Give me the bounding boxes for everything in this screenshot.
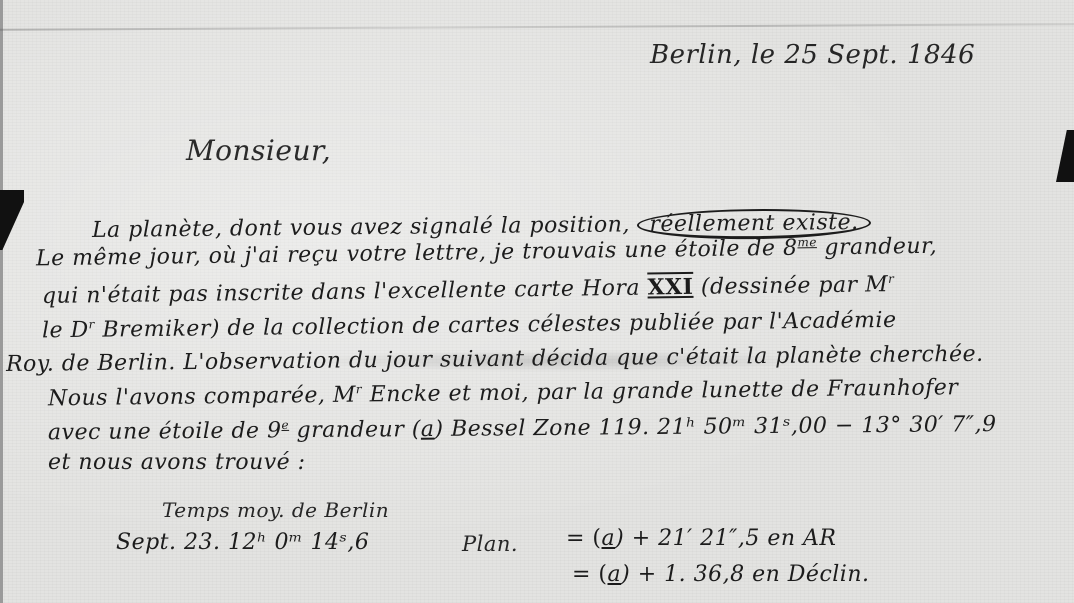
body-line-6-end: Encke et moi, par la grande lunette de F… bbox=[362, 375, 958, 407]
time-header: Temps moy. de Berlin bbox=[162, 498, 389, 522]
body-line-4: le Dr Bremiker) de la collection de cart… bbox=[42, 308, 897, 344]
ra-eq: = ( bbox=[566, 526, 602, 551]
letter-page: Berlin, le 25 Sept. 1846 Monsieur, La pl… bbox=[0, 0, 1074, 603]
body-line-8: et nous avons trouvé : bbox=[48, 450, 306, 475]
planet-ra-line: = (a) + 21′ 21″,5 en AR bbox=[566, 526, 836, 551]
body-line-5: Roy. de Berlin. L'observation du jour su… bbox=[6, 342, 984, 377]
body-line-3-text: qui n'était pas inscrite dans l'excellen… bbox=[42, 276, 648, 309]
body-line-7-text: avec une étoile de 9 bbox=[48, 418, 282, 445]
mounting-corner-right bbox=[1056, 130, 1074, 182]
roman-numeral: XXI bbox=[647, 274, 693, 301]
body-line-6: Nous l'avons comparée, Mr Encke et moi, … bbox=[48, 375, 959, 411]
body-line-3: qui n'était pas inscrite dans l'excellen… bbox=[42, 271, 895, 309]
body-line-6-text: Nous l'avons comparée, M bbox=[48, 383, 356, 412]
dec-ref-a: a bbox=[608, 562, 622, 587]
body-line-7-mid: grandeur ( bbox=[289, 417, 421, 443]
ra-ref-a: a bbox=[602, 526, 616, 551]
superscript: me bbox=[797, 235, 817, 249]
dec-eq: = ( bbox=[572, 562, 608, 587]
superscript: r bbox=[888, 272, 894, 286]
reference-star-a: a bbox=[421, 417, 435, 442]
mounting-corner-left bbox=[0, 190, 24, 250]
salutation: Monsieur, bbox=[186, 134, 331, 167]
letter-date: Berlin, le 25 Sept. 1846 bbox=[650, 40, 975, 70]
paper-fold-line bbox=[0, 23, 1074, 31]
planet-label: Plan. bbox=[462, 532, 518, 556]
dec-value: ) + 1. 36,8 en Déclin. bbox=[621, 562, 869, 587]
body-line-3-end: (dessinée par M bbox=[693, 272, 888, 300]
scan-left-edge bbox=[0, 0, 3, 603]
time-value: Sept. 23. 12ʰ 0ᵐ 14ˢ,6 bbox=[116, 530, 369, 555]
body-line-7-end: ) Bessel Zone 119. 21ʰ 50ᵐ 31ˢ,00 − 13° … bbox=[434, 412, 996, 442]
body-line-7: avec une étoile de 9e grandeur (a) Besse… bbox=[48, 412, 997, 446]
body-line-2-end: grandeur, bbox=[817, 234, 938, 261]
body-line-4-end: Bremiker) de la collection de cartes cél… bbox=[95, 308, 897, 343]
planet-dec-line: = (a) + 1. 36,8 en Déclin. bbox=[572, 562, 870, 587]
body-line-4-text: le D bbox=[42, 318, 89, 344]
ra-value: ) + 21′ 21″,5 en AR bbox=[615, 526, 836, 551]
